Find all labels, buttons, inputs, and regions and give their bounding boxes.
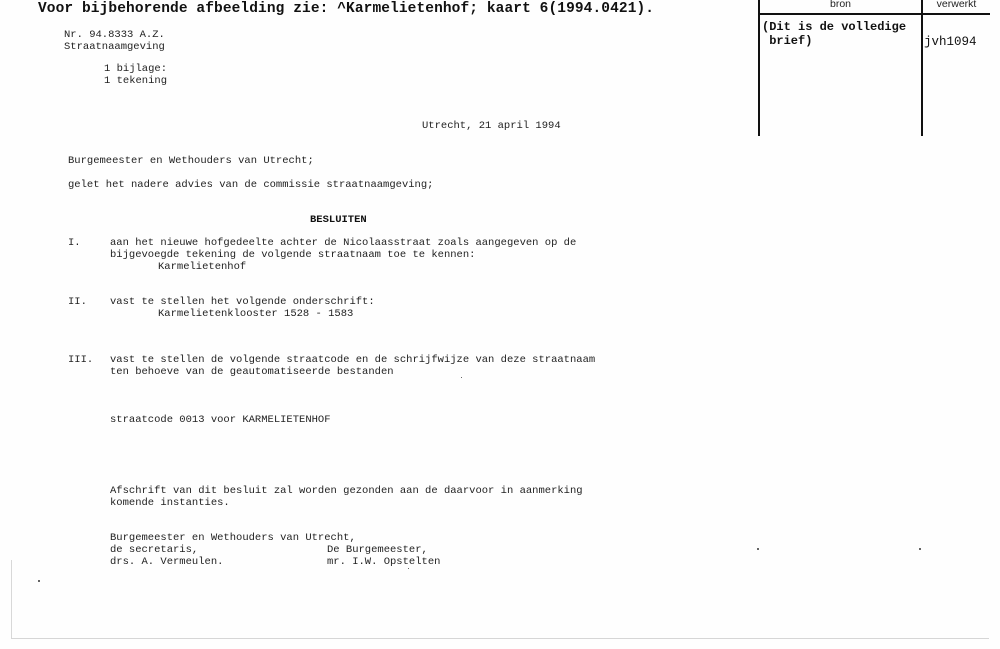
scan-speck bbox=[38, 580, 40, 582]
article-numeral: III. bbox=[68, 354, 93, 367]
considering-clause: gelet het nadere advies van de commissie… bbox=[68, 179, 433, 192]
article-numeral: I. bbox=[68, 237, 81, 250]
mayor-name: mr. I.W. Opstelten bbox=[327, 556, 440, 569]
secretary-name: drs. A. Vermeulen. bbox=[110, 556, 223, 569]
attachment-line: 1 tekening bbox=[104, 75, 167, 88]
signature-body: Burgemeester en Wethouders van Utrecht, bbox=[110, 532, 356, 545]
subject-line: Straatnaamgeving bbox=[64, 41, 165, 54]
copy-notice-line: komende instanties. bbox=[110, 497, 230, 510]
image-reference-note: Voor bijbehorende afbeelding zie: ^Karme… bbox=[38, 1, 654, 17]
register-table: bron verwerkt (Dit is de volledige brief… bbox=[758, 0, 990, 136]
scan-edge-bottom bbox=[11, 638, 989, 639]
copy-notice-line: Afschrift van dit besluit zal worden gez… bbox=[110, 485, 583, 498]
reference-number: Nr. 94.8333 A.Z. bbox=[64, 29, 165, 42]
article-text-line: bijgevoegde tekening de volgende straatn… bbox=[110, 249, 475, 262]
article-numeral: II. bbox=[68, 296, 87, 309]
column-header-verwerkt: verwerkt bbox=[923, 0, 990, 10]
table-border-left bbox=[758, 0, 760, 136]
table-border-middle bbox=[921, 0, 923, 136]
cell-verwerkt: jvh1094 bbox=[924, 35, 977, 49]
mayor-title: De Burgemeester, bbox=[327, 544, 428, 557]
cell-bron: (Dit is de volledige brief) bbox=[762, 20, 906, 48]
table-header-rule bbox=[758, 13, 990, 15]
scan-speck bbox=[461, 377, 462, 378]
place-date: Utrecht, 21 april 1994 bbox=[422, 120, 561, 133]
scanned-document-page: Voor bijbehorende afbeelding zie: ^Karme… bbox=[0, 0, 1000, 649]
addressee: Burgemeester en Wethouders van Utrecht; bbox=[68, 155, 314, 168]
attachment-line: 1 bijlage: bbox=[104, 63, 167, 76]
article-text-line: vast te stellen het volgende onderschrif… bbox=[110, 296, 375, 309]
article-text-line: vast te stellen de volgende straatcode e… bbox=[110, 354, 595, 367]
scan-speck bbox=[919, 548, 921, 550]
scan-edge-left bbox=[11, 560, 12, 638]
secretary-title: de secretaris, bbox=[110, 544, 198, 557]
scan-speck bbox=[757, 548, 759, 550]
street-code-line: straatcode 0013 voor KARMELIETENHOF bbox=[110, 414, 331, 427]
subtitle-text: Karmelietenklooster 1528 - 1583 bbox=[158, 308, 353, 321]
street-name: Karmelietenhof bbox=[158, 261, 246, 274]
article-text-line: aan het nieuwe hofgedeelte achter de Nic… bbox=[110, 237, 576, 250]
column-header-bron: bron bbox=[760, 0, 921, 10]
scan-speck bbox=[408, 568, 409, 569]
decision-heading: BESLUITEN bbox=[310, 214, 367, 227]
article-text-line: ten behoeve van de geautomatiseerde best… bbox=[110, 366, 394, 379]
